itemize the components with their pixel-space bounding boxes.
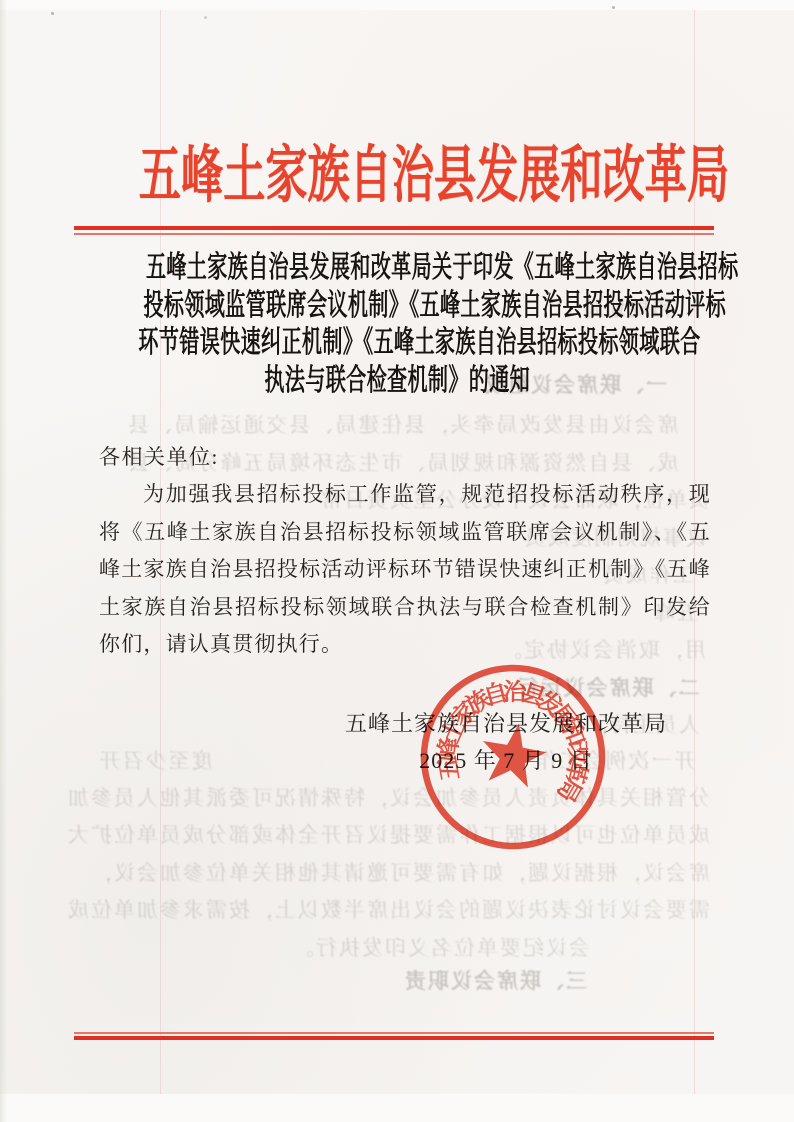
official-seal: 五峰土家族自治县发展和改革局 <box>412 656 614 858</box>
bleedthrough-line: 成员单位也可以根据工作需要提议召开全体或部分成员单位扩大 <box>95 822 710 848</box>
agency-header-title: 五峰土家族自治县发展和改革局 <box>0 140 794 212</box>
seal-star-icon <box>476 718 550 790</box>
body-line: 你们，请认真贯彻执行。 <box>99 626 711 664</box>
body-paragraph: 为加强我县招标投标工作监管，规范招投标活动秩序，现将《五峰土家族自治县招标投标领… <box>99 476 711 664</box>
bleedthrough-line: 会议纪要单位名义印发执行。 <box>385 935 590 961</box>
bleedthrough-line: 席会议由县发改局牵头，县住建局、县交通运输局、县 <box>95 412 710 438</box>
footer-rule-thick <box>74 1036 714 1040</box>
bleedthrough-line: 席会议，根据议题，如有需要可邀请其他相关单位参加会议， <box>95 860 710 886</box>
document-title: 五峰土家族自治县发展和改革局关于印发《五峰土家族自治县招标投标领域监管联席会议机… <box>0 249 794 399</box>
header-rule-thin <box>74 233 714 235</box>
scan-speck <box>51 12 54 15</box>
bleedthrough-line: 度至少召开 <box>95 748 215 774</box>
agency-header-text: 五峰土家族自治县发展和改革局 <box>139 140 729 212</box>
bleedthrough-line: 需要会议讨论表决议题的会议出席半数以上，按需求参加单位成 <box>95 897 710 923</box>
body-line: 峰土家族自治县招投标活动评标环节错误快速纠正机制》《五峰 <box>99 551 711 589</box>
body-line: 土家族自治县招标投标领域联合执法与联合检查机制》印发给 <box>99 589 711 627</box>
document-title-line: 环节错误快速纠正机制》《五峰土家族自治县招标投标领域联合 <box>0 324 794 362</box>
body-line: 为加强我县招标投标工作监管，规范招投标活动秩序，现 <box>99 476 711 514</box>
scanned-document-page: 和规划局一、联席会议组成席会议由县发改局牵头，县住建局、县交通运输局、县成、县自… <box>0 0 794 1122</box>
bleedthrough-line: 三、联席会议职责 <box>462 968 587 994</box>
scan-speck <box>612 6 615 9</box>
header-rule-thick <box>74 226 714 230</box>
document-title-line: 执法与联合检查机制》的通知 <box>0 362 794 400</box>
body-line: 将《五峰土家族自治县招标投标领域监管联席会议机制》、《五 <box>99 514 711 552</box>
bleedthrough-line: 分管相关具体负责人员参加会议，特殊情况可委派其他人员参加 <box>95 785 710 811</box>
document-title-line: 五峰土家族自治县发展和改革局关于印发《五峰土家族自治县招标 <box>0 249 794 287</box>
scan-edge-bottom <box>0 1094 794 1122</box>
salutation: 各相关单位: <box>99 439 711 477</box>
scan-speck <box>204 16 207 19</box>
document-title-line: 投标领域监管联席会议机制》《五峰土家族自治县招投标活动评标 <box>0 287 794 325</box>
footer-rule-thin <box>74 1032 714 1034</box>
scan-edge-top <box>0 0 794 10</box>
